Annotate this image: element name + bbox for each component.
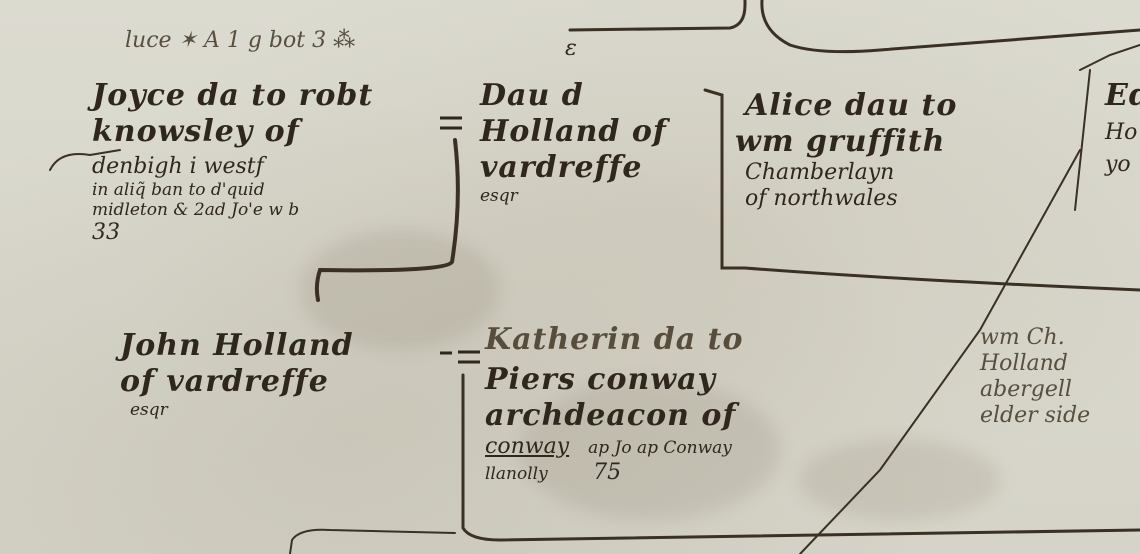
alice-line-2: wm gruffith	[735, 124, 957, 160]
entry-alice: Alice dau to wm gruffith Chamberlayn of …	[745, 88, 957, 212]
entry-wm: wm Ch. Holland abergell elder side	[980, 325, 1090, 429]
david-line-3: vardreffe	[480, 150, 667, 186]
david-suffix: esqr	[480, 186, 667, 206]
katherine-number: 75	[593, 460, 621, 485]
entry-joyce: Joyce da to robt knowsley of denbigh i w…	[92, 78, 373, 246]
manuscript-page: luce ✶ A 1 g bot 3 ⁂ ε Joyce da to robt …	[0, 0, 1140, 554]
katherine-line-3: archdeacon of	[485, 398, 743, 434]
joyce-line-2: knowsley of	[92, 114, 373, 150]
wm-line-1: wm Ch.	[980, 325, 1090, 351]
joyce-note-2: midleton & 2ad Jo'e w b	[92, 200, 373, 220]
katherine-line-4: conway	[485, 434, 569, 459]
david-line-1: Dau d	[480, 78, 667, 114]
david-line-2: Holland of	[480, 114, 667, 150]
right-top-line-1: Ed	[1105, 78, 1140, 114]
wm-line-2: Holland	[980, 351, 1090, 377]
entry-right-top: Ed Ho yo	[1105, 78, 1140, 178]
alice-line-3: Chamberlayn	[745, 160, 957, 186]
joyce-line-1: Joyce da to robt	[92, 78, 373, 114]
katherine-note: ap Jo ap Conway	[588, 438, 732, 458]
katherine-line-1: Katherin da to	[485, 322, 743, 358]
katherine-place-row: llanolly 75	[485, 460, 743, 486]
john-suffix: esqr	[130, 400, 354, 420]
right-top-line-2: Ho	[1105, 120, 1140, 146]
katherine-line-4-row: conway ap Jo ap Conway	[485, 434, 743, 460]
right-top-line-3: yo	[1105, 152, 1140, 178]
entry-john: John Holland of vardreffe esqr	[120, 328, 354, 420]
alice-line-4: of northwales	[745, 186, 957, 212]
john-line-2: of vardreffe	[120, 364, 354, 400]
wm-line-3: abergell	[980, 377, 1090, 403]
entry-david: Dau d Holland of vardreffe esqr	[480, 78, 667, 206]
katherine-place: llanolly	[485, 464, 548, 484]
katherine-line-2: Piers conway	[485, 362, 743, 398]
header-mark: ε	[565, 36, 577, 62]
header-note: luce ✶ A 1 g bot 3 ⁂	[125, 28, 355, 54]
joyce-number: 33	[92, 220, 373, 246]
entry-katherine: Katherin da to Piers conway archdeacon o…	[485, 322, 743, 486]
alice-line-1: Alice dau to	[745, 88, 957, 124]
joyce-note-1: in aliq̃ ban to d'quid	[92, 180, 373, 200]
joyce-line-3: denbigh i westf	[92, 154, 373, 180]
john-line-1: John Holland	[120, 328, 354, 364]
header-note-text: luce ✶ A 1 g bot 3 ⁂	[125, 28, 355, 53]
wm-line-4: elder side	[980, 403, 1090, 429]
